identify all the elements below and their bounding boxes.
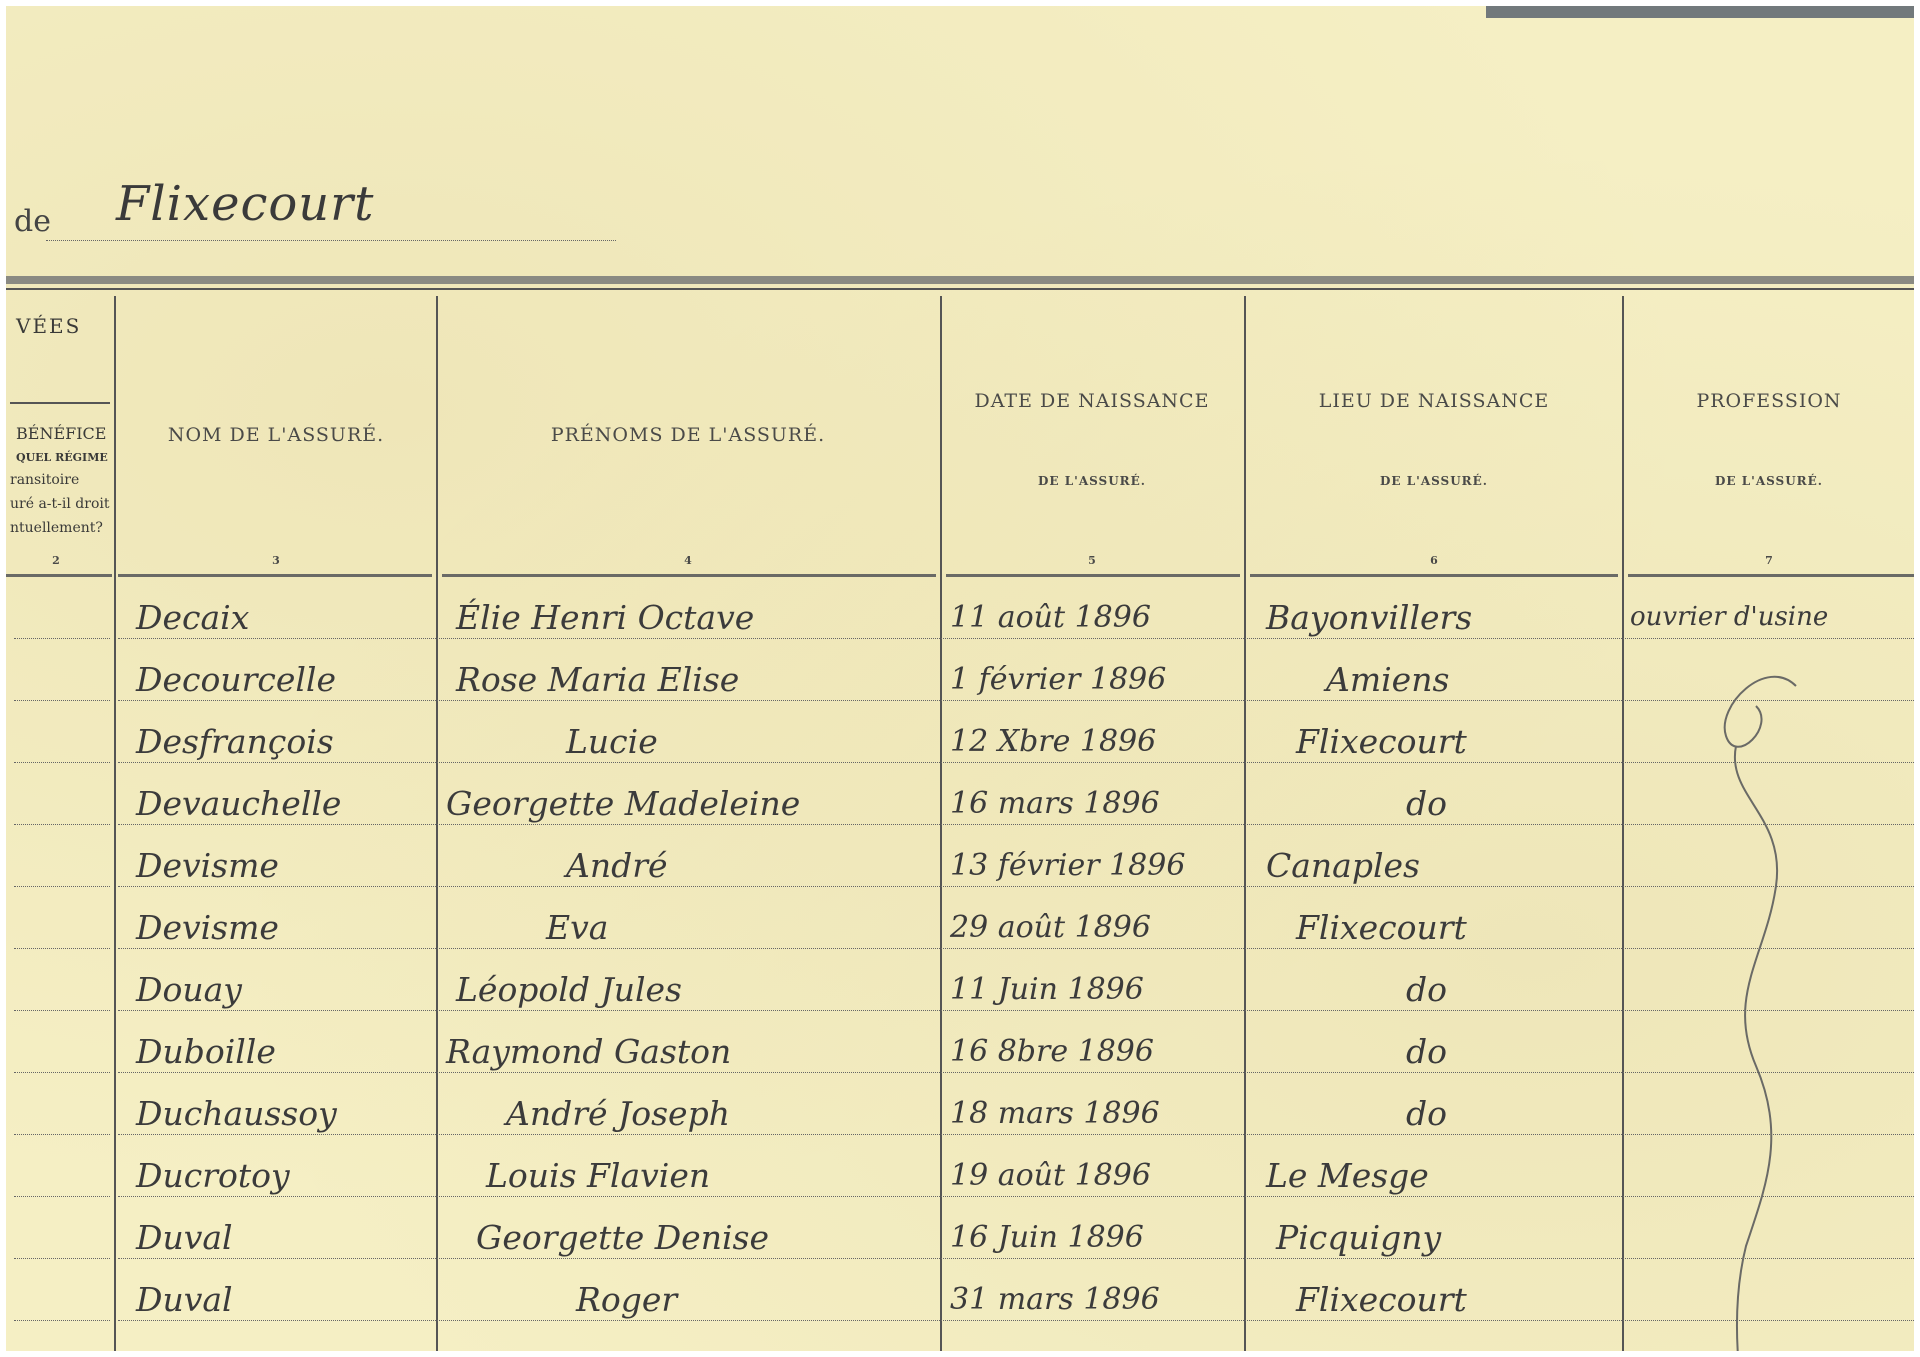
header-profession-sub: DE L'ASSURÉ.: [1624, 474, 1914, 488]
row-6-prenoms: Eva: [546, 908, 608, 947]
header-partial-line-5: ntuellement?: [10, 516, 103, 540]
commune-prefix: de: [14, 204, 51, 239]
row-12-date: 31 mars 1896: [950, 1282, 1160, 1317]
row-8-lieu: do: [1406, 1032, 1447, 1071]
row-6-lieu: Flixecourt: [1296, 908, 1467, 947]
header-separator: [118, 574, 432, 577]
commune-heading: de Flixecourt: [6, 156, 626, 246]
row-4-date: 16 mars 1896: [950, 786, 1160, 821]
commune-underline: [46, 240, 616, 241]
row-1-lieu: Bayonvillers: [1266, 598, 1472, 637]
row-4-prenoms: Georgette Madeleine: [446, 784, 800, 823]
row-8-nom: Duboille: [136, 1032, 276, 1071]
row-10-nom: Ducrotoy: [136, 1156, 290, 1195]
column-number: 6: [1246, 554, 1622, 567]
column-number: 5: [942, 554, 1242, 567]
column-divider: [114, 296, 116, 1351]
row-7-lieu: do: [1406, 970, 1447, 1009]
row-6-nom: Devisme: [136, 908, 279, 947]
row-5-nom: Devisme: [136, 846, 279, 885]
row-4-lieu: do: [1406, 784, 1447, 823]
row-1-prenoms: Élie Henri Octave: [456, 598, 754, 637]
header-partial-line-3: ransitoire: [10, 468, 79, 492]
row-3-nom: Desfrançois: [136, 722, 334, 761]
header-lieu-sub: DE L'ASSURÉ.: [1246, 474, 1622, 488]
row-10-lieu: Le Mesge: [1266, 1156, 1429, 1195]
header-date-naissance: DATE DE NAISSANCE: [942, 390, 1242, 412]
header-profession: PROFESSION: [1624, 390, 1914, 412]
row-8-date: 16 8bre 1896: [950, 1034, 1154, 1069]
header-partial-title: VÉES: [16, 314, 81, 338]
row-7-prenoms: Léopold Jules: [456, 970, 682, 1009]
row-9-nom: Duchaussoy: [136, 1094, 337, 1133]
row-10-prenoms: Louis Flavien: [486, 1156, 710, 1195]
header-partial-line-1: BÉNÉFICE: [16, 422, 106, 446]
column-number: 2: [36, 554, 76, 567]
row-3-prenoms: Lucie: [566, 722, 658, 761]
row-5-prenoms: André: [566, 846, 668, 885]
row-5-lieu: Canaples: [1266, 846, 1420, 885]
row-10-date: 19 août 1896: [950, 1158, 1151, 1193]
header-band: [6, 276, 1914, 284]
row-9-prenoms: André Joseph: [506, 1094, 730, 1133]
header-partial-line-4: uré a-t-il droit: [10, 492, 109, 516]
row-12-lieu: Flixecourt: [1296, 1280, 1467, 1319]
header-partial-line-2: QUEL RÉGIME: [16, 446, 108, 470]
row-9-lieu: do: [1406, 1094, 1447, 1133]
header-prenoms: PRÉNOMS DE L'ASSURÉ.: [438, 424, 938, 446]
row-2-prenoms: Rose Maria Elise: [456, 660, 739, 699]
ditto-squiggle-mark: [1666, 666, 1826, 1351]
binding-edge: [1486, 6, 1914, 18]
row-6-date: 29 août 1896: [950, 910, 1151, 945]
row-3-date: 12 Xbre 1896: [950, 724, 1156, 759]
column-number: 3: [116, 554, 436, 567]
header-separator: [946, 574, 1240, 577]
row-5-date: 13 février 1896: [950, 848, 1185, 883]
register-page: de Flixecourt VÉES BÉNÉFICE QUEL RÉGIME …: [6, 6, 1914, 1351]
row-2-lieu: Amiens: [1326, 660, 1449, 699]
header-nom: NOM DE L'ASSURÉ.: [116, 424, 436, 446]
header-lieu-naissance: LIEU DE NAISSANCE: [1246, 390, 1622, 412]
row-2-nom: Decourcelle: [136, 660, 336, 699]
row-11-date: 16 Juin 1896: [950, 1220, 1144, 1255]
column-number: 4: [438, 554, 938, 567]
row-11-prenoms: Georgette Denise: [476, 1218, 769, 1257]
row-3-lieu: Flixecourt: [1296, 722, 1467, 761]
row-12-nom: Duval: [136, 1280, 233, 1319]
row-1-profession: ouvrier d'usine: [1630, 602, 1828, 632]
row-9-date: 18 mars 1896: [950, 1096, 1160, 1131]
row-4-nom: Devauchelle: [136, 784, 341, 823]
header-partial-rule: [10, 402, 110, 404]
row-8-prenoms: Raymond Gaston: [446, 1032, 731, 1071]
header-separator: [1628, 574, 1914, 577]
header-rule: [6, 288, 1914, 290]
row-11-lieu: Picquigny: [1276, 1218, 1441, 1257]
header-separator: [442, 574, 936, 577]
row-11-nom: Duval: [136, 1218, 233, 1257]
row-12-prenoms: Roger: [576, 1280, 677, 1319]
row-7-nom: Douay: [136, 970, 242, 1009]
row-7-date: 11 Juin 1896: [950, 972, 1144, 1007]
commune-name: Flixecourt: [116, 176, 374, 232]
header-date-sub: DE L'ASSURÉ.: [942, 474, 1242, 488]
row-1-nom: Decaix: [136, 598, 249, 637]
row-1-date: 11 août 1896: [950, 600, 1151, 635]
header-separator: [1250, 574, 1618, 577]
header-separator: [6, 574, 112, 577]
row-2-date: 1 février 1896: [950, 662, 1166, 697]
column-number: 7: [1624, 554, 1914, 567]
